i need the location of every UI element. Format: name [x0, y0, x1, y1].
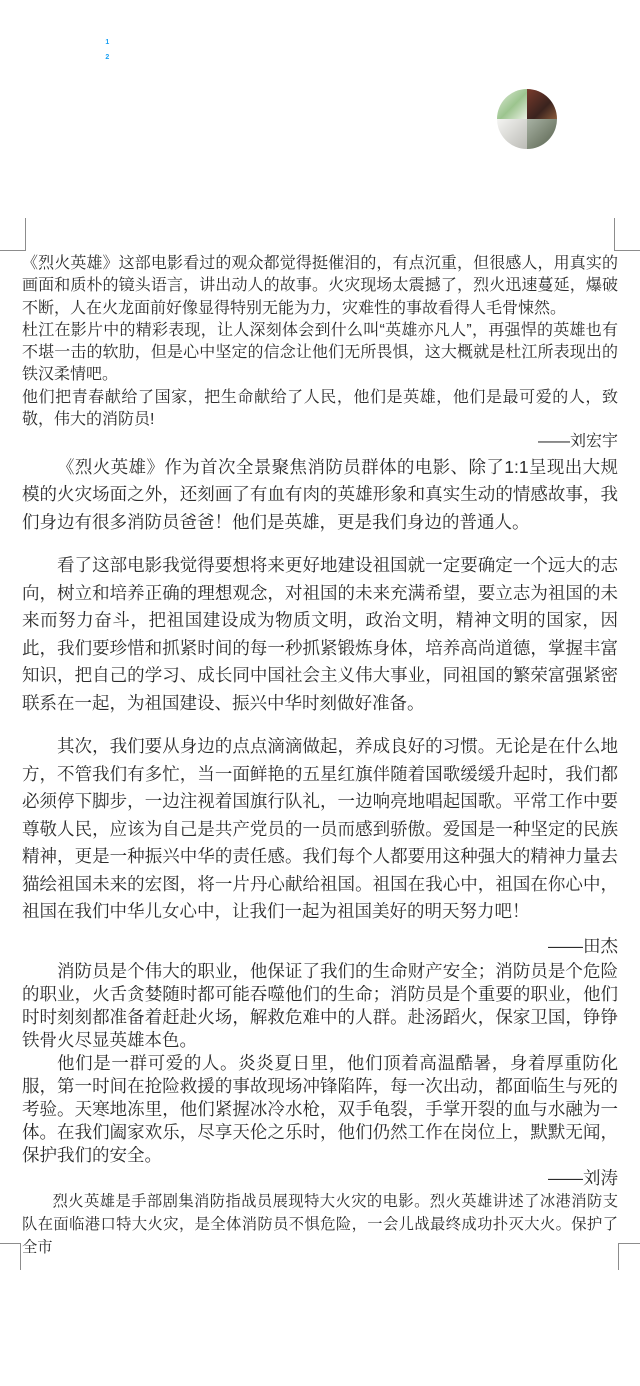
charging-bolt-icon [541, 42, 558, 62]
status-bar: HD 1 HD 2 4G 4G [0, 0, 640, 70]
battery-level: 100 [506, 44, 524, 61]
signature: ——刘涛 [22, 1167, 618, 1190]
hd1-sub: 1 [103, 39, 111, 47]
signal-bars-icon [133, 43, 152, 59]
phone-screen: HD 1 HD 2 4G 4G [0, 0, 640, 1386]
hourglass-icon [234, 40, 251, 61]
avatar-collage-quadrant [497, 119, 527, 149]
page-corner-mark-bottom-left [0, 1243, 21, 1270]
paragraph: 其次，我们要从身边的点点滴滴做起，养成良好的习惯。无论是在什么地方，不管我们有多… [22, 733, 618, 926]
page-corner-mark-top-right [614, 218, 640, 251]
paragraph: 杜江在影片中的精彩表现，让人深刻体会到什么叫“英雄亦凡人”，再强悍的英雄也有不堪… [22, 320, 618, 387]
signal-bars-icon [174, 43, 193, 59]
paragraph: 《烈火英雄》这部电影看过的观众都觉得挺催泪的，有点沉重，但很感人，用真实的画面和… [22, 253, 618, 320]
avatar[interactable] [497, 89, 557, 149]
eye-comfort-icon [403, 43, 428, 62]
network-4g-label-1: 4G [120, 44, 132, 53]
signal-sim1-icon: 4G [120, 43, 152, 59]
hd-sim2-icon: HD 2 [84, 52, 111, 64]
hd2-sub: 2 [103, 54, 111, 62]
moon-dnd-icon [467, 42, 488, 63]
more-options-button[interactable] [575, 113, 622, 124]
clock-time: 12:14 [569, 40, 624, 64]
wifi-icon [202, 41, 225, 60]
paragraph: 他们是一群可爱的人。炎炎夏日里，他们顶着高温酷暑，身着厚重防化服，第一时间在抢险… [22, 1052, 618, 1167]
paragraph: 《烈火英雄》作为首次全景聚焦消防员群体的电影、除了1:1呈现出大规模的火灾场面之… [22, 454, 618, 537]
paragraph: 消防员是个伟大的职业，他保证了我们的生命财产安全；消防员是个危险的职业，火舌贪婪… [22, 960, 618, 1052]
navigation-header: 333烈火英雄观... [0, 70, 640, 162]
alarm-clock-icon [437, 42, 458, 63]
document-page[interactable]: 《烈火英雄》这部电影看过的观众都觉得挺催泪的，有点沉重，但很感人，用真实的画面和… [0, 156, 640, 1386]
hd-sim1-icon: HD 1 [84, 37, 111, 49]
battery-icon: 100 [497, 43, 532, 62]
network-4g-label-2: 4G [161, 44, 173, 53]
app-bar: HD 1 HD 2 4G 4G [0, 0, 640, 156]
signature: ——田杰 [22, 933, 618, 961]
hd-volte-icons: HD 1 HD 2 [84, 37, 111, 64]
status-bar-right: 100 12:14 [403, 40, 624, 64]
signal-sim2-icon: 4G [161, 43, 193, 59]
hd2-label: HD [84, 52, 102, 64]
signature: ——刘宏宇 [22, 431, 618, 453]
paragraph: 他们把青春献给了国家，把生命献给了人民，他们是英雄，他们是最可爱的人，致敬，伟大… [22, 387, 618, 432]
paragraph: 看了这部电影我觉得要想将来更好地建设祖国就一定要确定一个远大的志向，树立和培养正… [22, 552, 618, 717]
hd1-label: HD [84, 37, 102, 49]
paragraph: 烈火英雄是手部剧集消防指战员展现特大火灾的电影。烈火英雄讲述了冰港消防支队在面临… [22, 1190, 618, 1259]
page-corner-mark-bottom-right [618, 1243, 640, 1270]
page-corner-mark-top-left [0, 218, 26, 251]
document-text: 《烈火英雄》这部电影看过的观众都觉得挺催泪的，有点沉重，但很感人，用真实的画面和… [22, 253, 618, 1259]
status-bar-left: HD 1 HD 2 4G 4G [84, 37, 251, 64]
avatar-collage-quadrant [527, 119, 557, 149]
